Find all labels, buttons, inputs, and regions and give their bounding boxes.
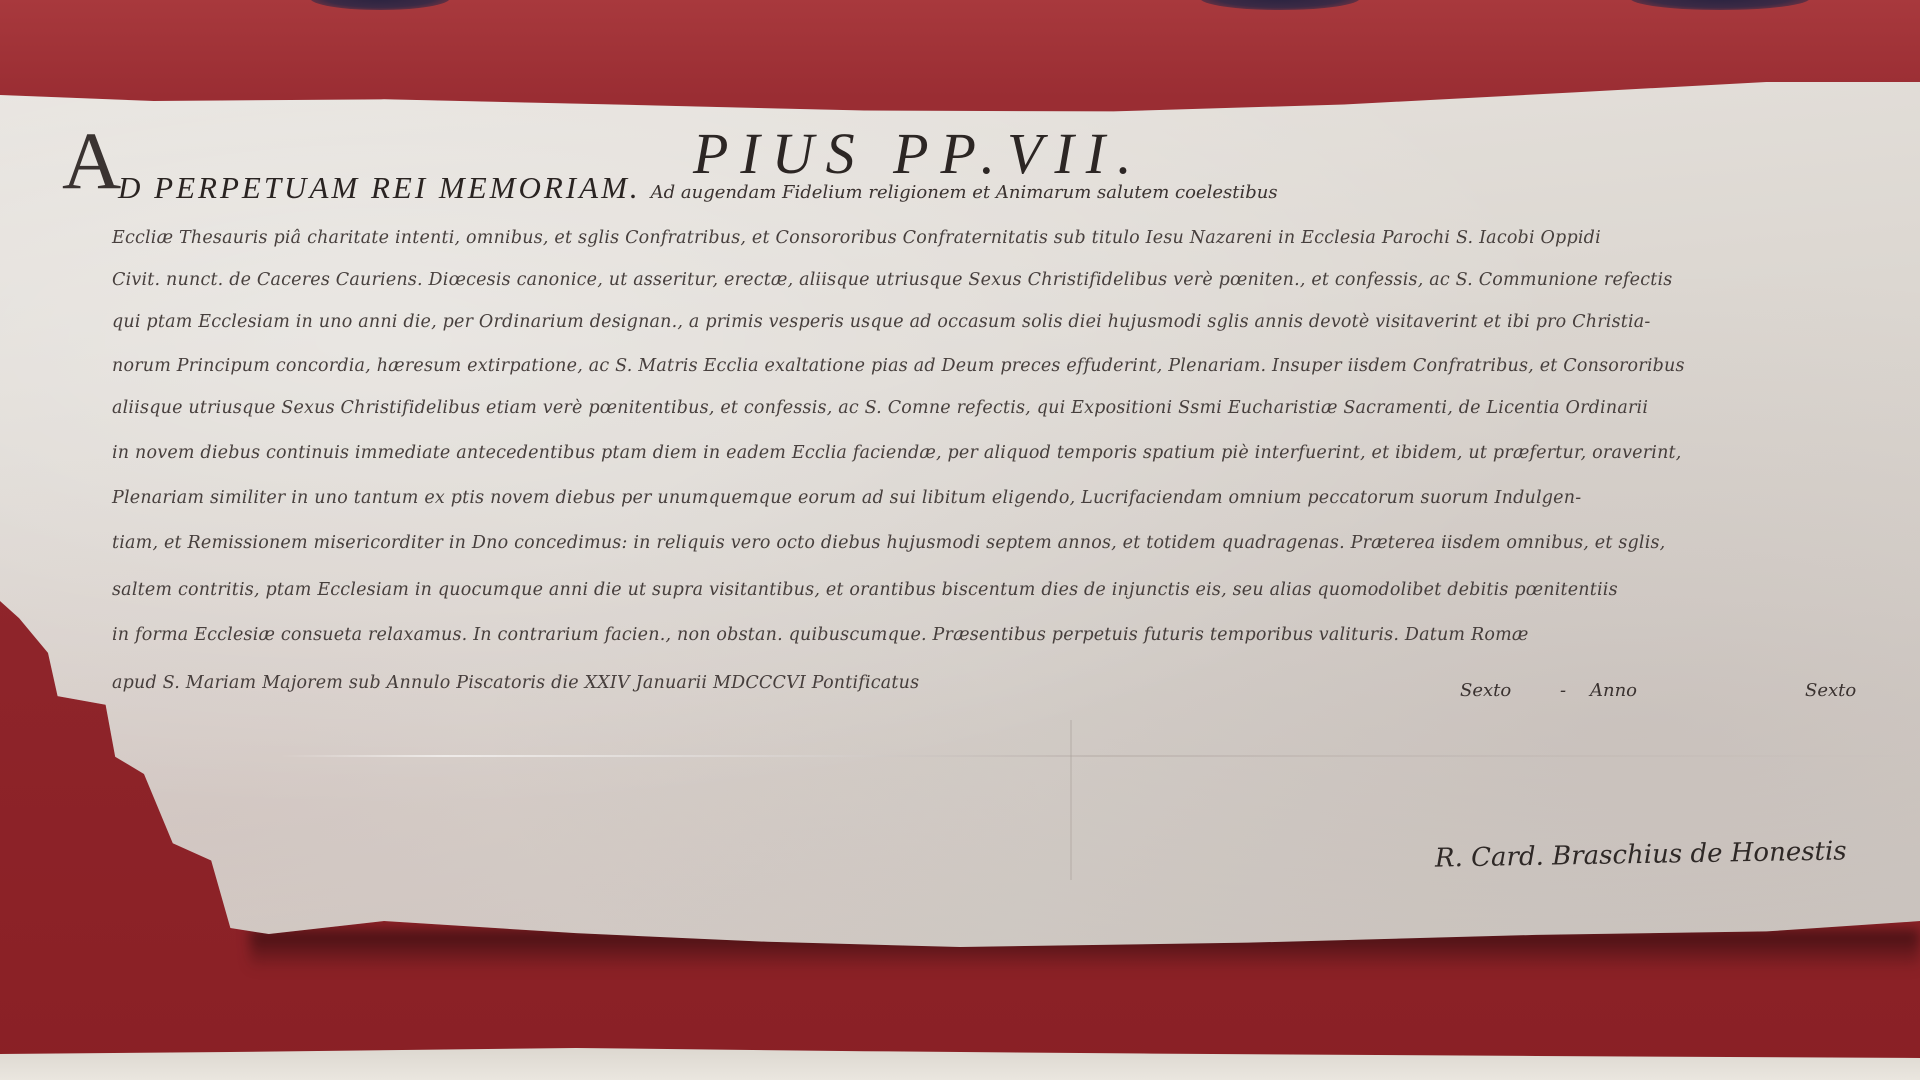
incipit-continuation: Ad augendam Fidelium religionem et Anima… <box>651 182 1278 203</box>
blurred-object <box>1200 0 1360 10</box>
incipit-line: D PERPETUAM REI MEMORIAM.Ad augendam Fid… <box>118 170 1278 206</box>
fold-crease <box>280 755 1920 757</box>
date-last: Sexto <box>1805 680 1856 701</box>
body-line: Plenariam similiter in uno tantum ex pti… <box>112 488 1581 508</box>
body-line: Civit. nunct. de Caceres Cauriens. Diœce… <box>112 270 1672 290</box>
date-ordinal: Sexto <box>1460 680 1511 701</box>
body-line: aliisque utriusque Sexus Christifidelibu… <box>112 398 1648 418</box>
blurred-object <box>310 0 450 10</box>
body-line: apud S. Mariam Majorem sub Annulo Piscat… <box>112 673 919 693</box>
body-line: tiam, et Remissionem misericorditer in D… <box>112 533 1665 553</box>
lower-parchment-edge <box>0 1040 1920 1080</box>
date-anno: Anno <box>1590 680 1637 701</box>
body-line: in forma Ecclesiæ consueta relaxamus. In… <box>112 625 1529 645</box>
date-dash: - <box>1560 680 1566 701</box>
body-line: Eccliæ Thesauris piâ charitate intenti, … <box>112 228 1601 248</box>
body-line: norum Principum concordia, hæresum extir… <box>112 356 1685 376</box>
blurred-object <box>1630 0 1810 10</box>
body-line: in novem diebus continuis immediate ante… <box>112 443 1682 463</box>
body-line: qui ptam Ecclesiam in uno anni die, per … <box>112 312 1651 332</box>
incipit: D PERPETUAM REI MEMORIAM. <box>118 170 641 205</box>
body-line: saltem contritis, ptam Ecclesiam in quoc… <box>112 580 1618 600</box>
drop-cap: A <box>62 120 121 202</box>
parchment-document <box>0 82 1920 947</box>
fold-crease <box>1070 720 1072 880</box>
